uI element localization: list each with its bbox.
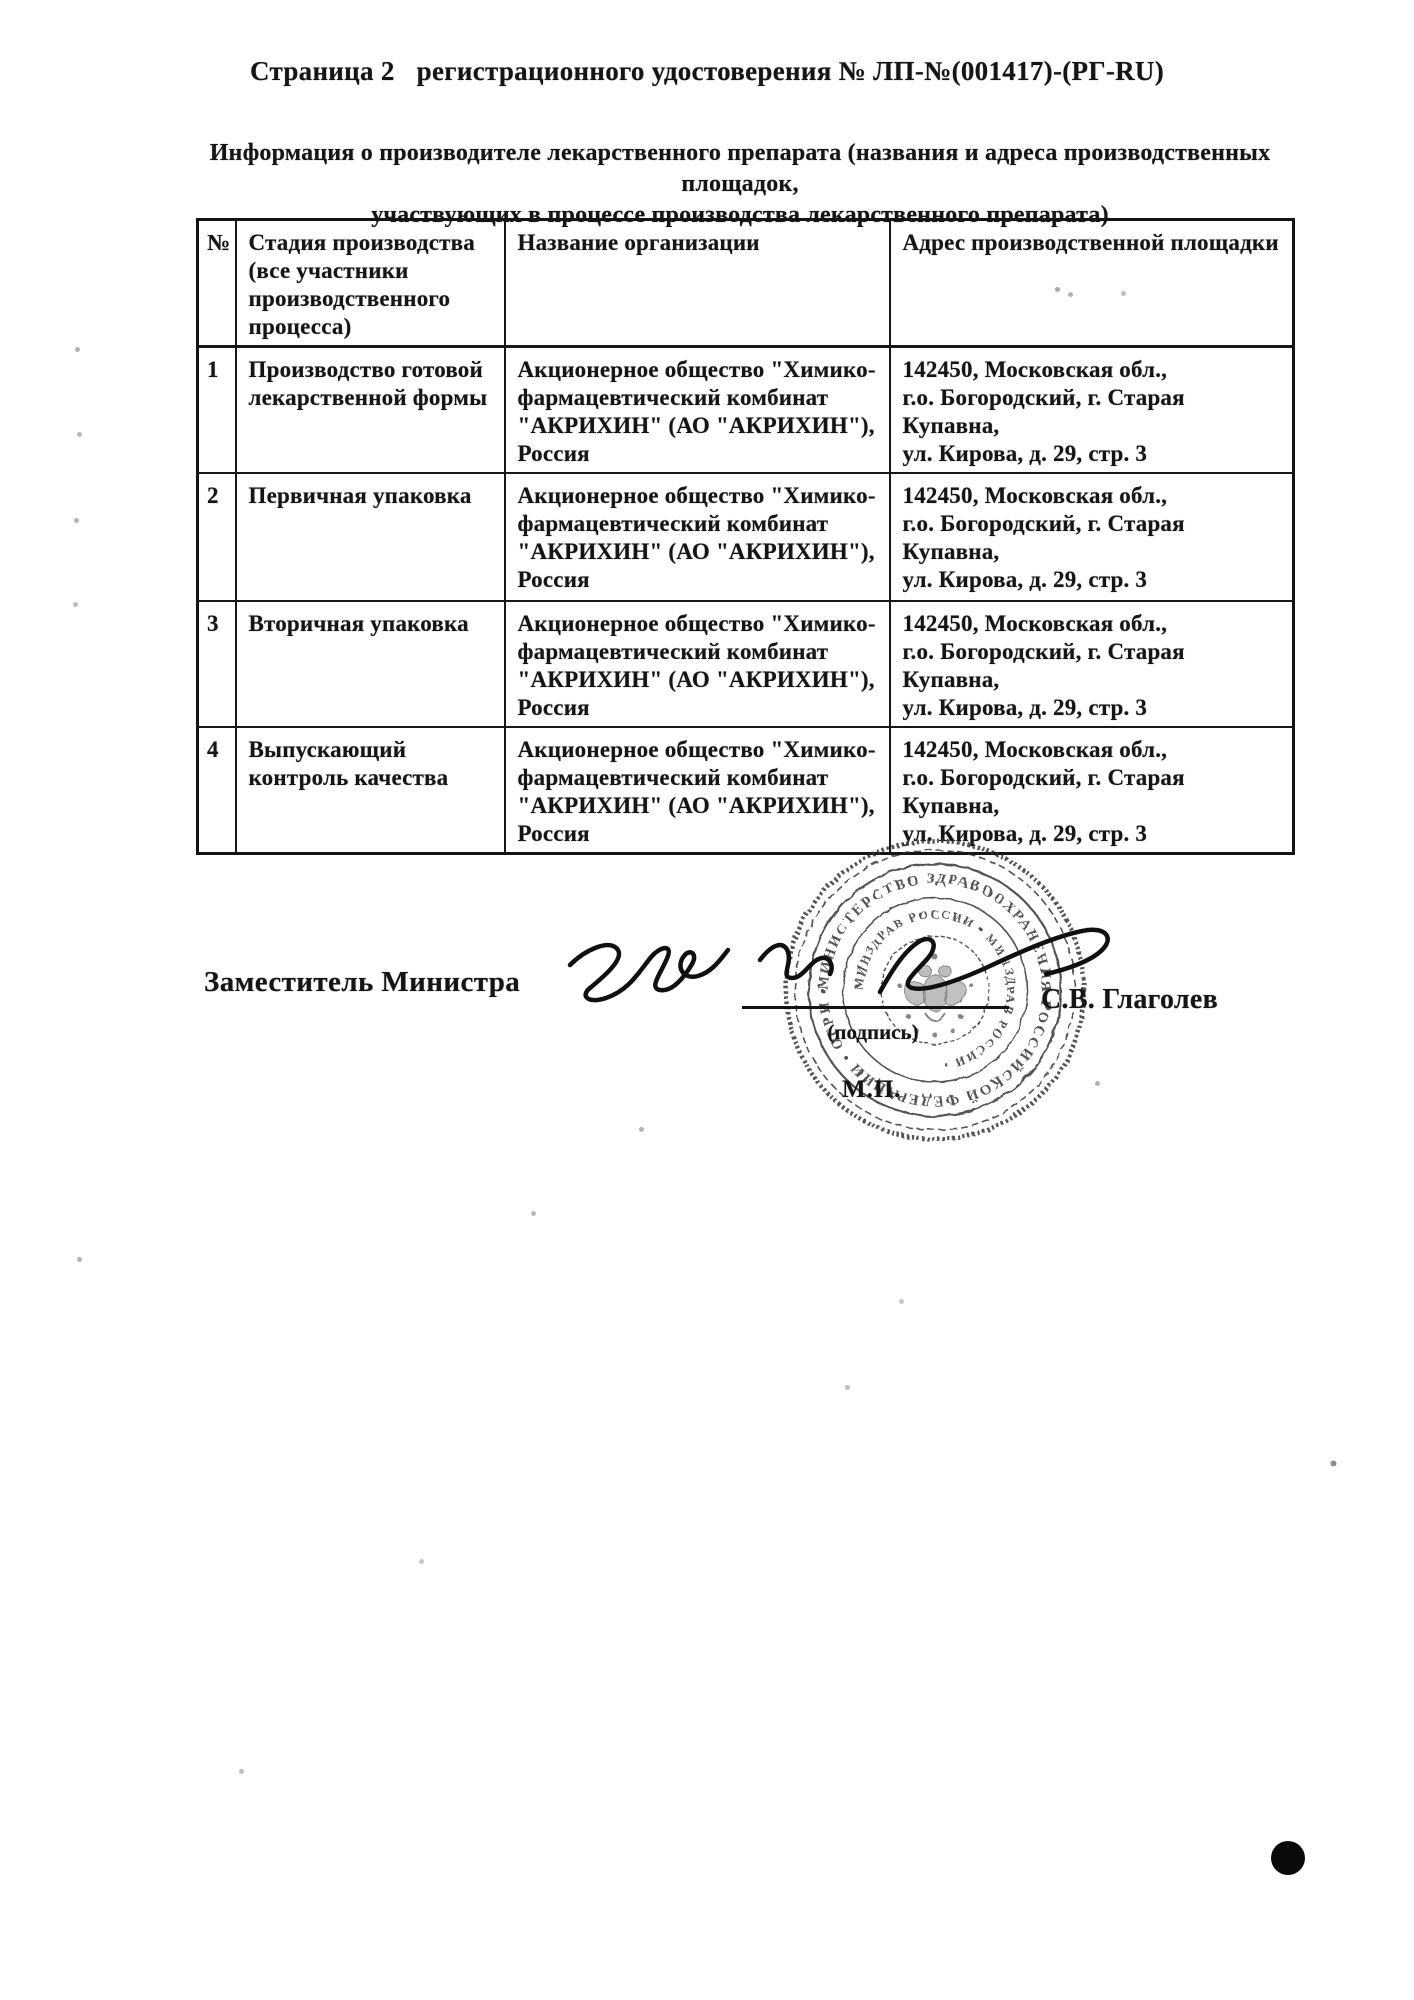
header-cell-stage: Стадия производства (все участники произ… <box>236 220 505 347</box>
cell-address: 142450, Московская обл., г.о. Богородски… <box>890 601 1294 727</box>
signatory-title: Заместитель Министра <box>204 966 520 999</box>
cell-num: 3 <box>198 601 236 727</box>
header-cell-num: № <box>198 220 236 347</box>
black-dot-mark <box>1271 1841 1305 1875</box>
cell-org: Акционерное общество "Химико- фармацевти… <box>505 347 890 474</box>
cell-stage: Выпускающий контроль качества <box>236 727 505 854</box>
cell-stage: Вторичная упаковка <box>236 601 505 727</box>
cell-num: 1 <box>198 347 236 474</box>
signature-line <box>742 1006 1009 1009</box>
table-row: 1 Производство готовой лекарственной фор… <box>198 347 1294 474</box>
cell-stage: Первичная упаковка <box>236 473 505 601</box>
cell-org: Акционерное общество "Химико- фармацевти… <box>505 601 890 727</box>
certificate-number-label: регистрационного удостоверения № ЛП-№(00… <box>417 56 1164 86</box>
table-header-row: № Стадия производства (все участники про… <box>198 220 1294 347</box>
table-row: 2 Первичная упаковка Акционерное обществ… <box>198 473 1294 601</box>
stamp-place-mark: М.П. <box>842 1076 902 1104</box>
table-row: 4 Выпускающий контроль качества Акционер… <box>198 727 1294 854</box>
manufacturer-table: № Стадия производства (все участники про… <box>196 218 1295 855</box>
handwritten-signature <box>540 900 1140 1040</box>
cell-num: 4 <box>198 727 236 854</box>
cell-org: Акционерное общество "Химико- фармацевти… <box>505 473 890 601</box>
cell-num: 2 <box>198 473 236 601</box>
page-header: Страница 2регистрационного удостоверения… <box>0 56 1414 87</box>
signatory-name: С.В. Глаголев <box>1041 984 1218 1016</box>
scan-noise <box>0 0 3 3</box>
intro-line-1: Информация о производителе лекарственног… <box>150 138 1330 200</box>
header-cell-address: Адрес производственной площадки <box>890 220 1294 347</box>
page-number-label: Страница 2 <box>250 56 395 86</box>
header-cell-org: Название организации <box>505 220 890 347</box>
table-row: 3 Вторичная упаковка Акционерное обществ… <box>198 601 1294 727</box>
scanned-document-page: Страница 2регистрационного удостоверения… <box>0 0 1414 2000</box>
cell-address: 142450, Московская обл., г.о. Богородски… <box>890 473 1294 601</box>
signature-caption: (подпись) <box>790 1020 956 1045</box>
cell-stage: Производство готовой лекарственной формы <box>236 347 505 474</box>
cell-address: 142450, Московская обл., г.о. Богородски… <box>890 347 1294 474</box>
